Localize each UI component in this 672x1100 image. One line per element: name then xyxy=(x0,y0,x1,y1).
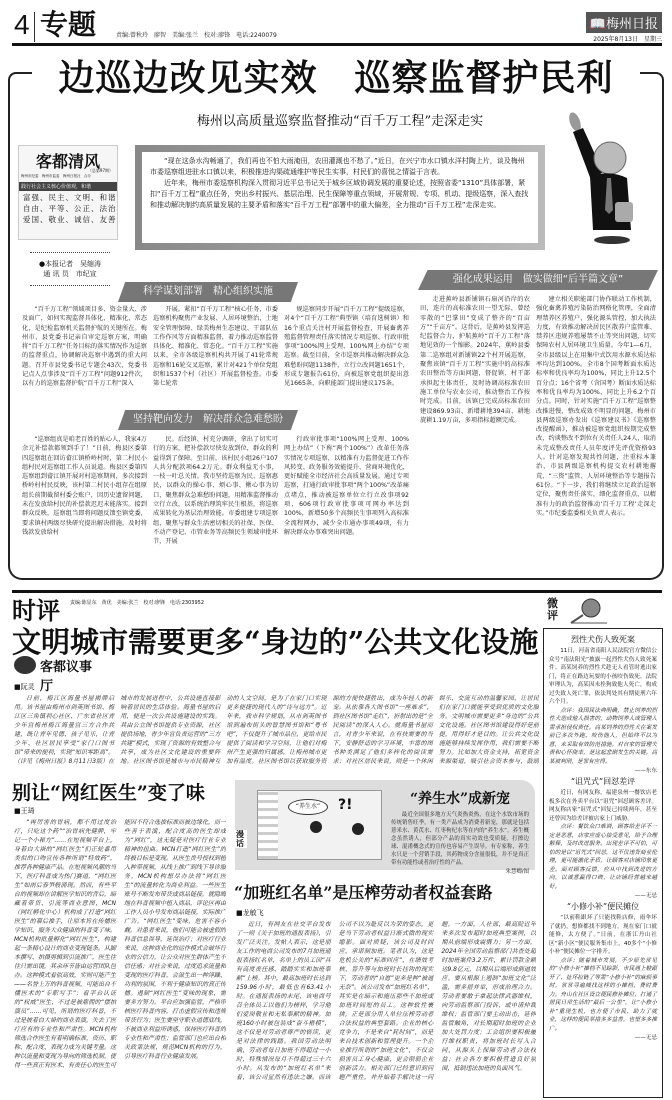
article-author: ■王琦 xyxy=(14,806,35,816)
section-banner-results: 强化成果运用 做实做细“后半篇文章” xyxy=(418,270,658,290)
micro-comment-label: 微评 xyxy=(547,598,559,622)
article-body-overtime: 近日，有网友在社交平台发布了一则《关于加班的通报表扬》，引发广泛关注。发帖人表示… xyxy=(236,920,536,1095)
cartoon-illustration: “养生水” ?! xyxy=(257,790,382,860)
column-logo-emblem-icon xyxy=(14,656,36,674)
shelf-graphic xyxy=(258,791,278,859)
cartoon-text: 最近全国很多地方天气炎热炎热，在这个水饮市场的传统销售旺季，有一类产品成为消费者… xyxy=(391,811,529,867)
magnifier-icon xyxy=(567,598,607,624)
article-column: “百千万工程”领域项目多、资金量大、涉及面广，如何实现监督具体化、精准化、常态化… xyxy=(22,305,147,425)
core-values: 富强、民主、文明、和谐 自由、平等、公正、法治 爱国、敬业、诚信、友善 xyxy=(23,192,117,225)
lead-paragraph: “现在这条水沟畅通了，我们再也不怕大雨淹田，农田灌溉也不愁了。”近日，在兴宁市水… xyxy=(150,156,530,178)
cartoon-credit: 朱慧卿/图 xyxy=(391,867,529,875)
question-exclaim-icon: ?! xyxy=(338,797,353,813)
businessman-figure-icon xyxy=(565,110,645,250)
section-banner-planning: 科学谋划部署 精心组织实施 xyxy=(118,282,298,302)
article-headline-internet-doctor: 别让“网红医生”变了味 xyxy=(12,778,205,805)
speech-bubble: “养生水” xyxy=(288,799,328,815)
article-column: 走进蕉岭县新铺镇石扇河沿岸的农田，连片的高标准农田一望无际，曾经零散的“巴掌田”… xyxy=(420,295,530,575)
article-author: ■龙敏飞 xyxy=(236,908,264,918)
page-header: 4 专题 责编:曾秋玲 廖智 美编:张兰 校对:廖锋 电话:2240079 📖梅… xyxy=(12,8,662,46)
main-article-body: 日前，梅江区海量书屋揭牌启用。该书屋由梅州市剑英图书馆、梅江区三角镇利心社区、广… xyxy=(14,694,539,769)
column-logo-kedu-qingfeng: 客都清风 （总第97期） 梅州市纪委 梅州市监委 梅州日报社 合办 践行社会主义… xyxy=(18,145,118,240)
cartoon-caption: “养生水”成新宠 最近全国很多地方天气炎热炎热，在这个水饮市场的传统销售旺季，有… xyxy=(391,788,529,875)
micro-comment-item: 烈性犬伤人致死案 11日，河南省南阳人民法院官方微信公众号“南法阳光”披露一起烈… xyxy=(549,634,657,774)
article-headline-overtime: “加班红名单”是压榨劳动者权益套路 xyxy=(234,880,492,903)
micro-comment-title: “小修小补”便民摊位 xyxy=(549,901,657,912)
logo-book-icon: 📖 xyxy=(590,17,606,32)
person-head-icon xyxy=(352,823,364,835)
section-title: 专题 xyxy=(40,10,96,40)
article-column: 民。后经镇、村充分调研，拿出了切实可行的方案，把补偿款尽快发放到位，群众的利益得… xyxy=(153,435,278,575)
feature-byline: ●本报记者 吴缩涛 通 讯 员 市纪宣 xyxy=(30,252,110,286)
article-body-internet-doctor: “再厉害的胃病，都不用过度治疗，只吃这个药”“治胃病先健脾，牢记一个小秘方”……… xyxy=(14,818,226,1098)
article-column: 规巡察同步开展“百千万工程”提级巡察，对4个“百千万工程”典型镇（培育选树镇）和… xyxy=(284,305,409,425)
newspaper-logo: 📖梅州日报 xyxy=(586,12,662,33)
micro-comment-item: “小修小补”便民摊位 “以前鞋跟坏了只能找鞋店修，雨伞坏了就扔，想修都找不到地方… xyxy=(549,901,657,1041)
column-logo-issue: （总第97期） xyxy=(88,168,113,174)
cartoon-box: 漫话 “养生水” ?! “养生水”成新宠 最近全国很多地方天气炎热炎热，在这个水… xyxy=(235,780,535,870)
column-logo-orgs: 梅州市纪委 梅州市监委 梅州日报社 合办 xyxy=(21,174,91,179)
column-logo-kedu-yishiting: 客都议事厅 xyxy=(14,654,104,676)
issue-date: 2025年8月13日 星期三 xyxy=(593,34,662,43)
lead-paragraph: 近年来，梅州市委巡察机构深入贯彻习近平总书记关于城乡区域协调发展的重要论述，按照… xyxy=(150,178,530,211)
article-column: 开展。紧扣“百千万工程”核心任务，市委巡察机构聚焦产业发展、人居环境整治、土地安… xyxy=(153,305,278,425)
header-divider xyxy=(34,12,35,42)
micro-comment-header: 微评 xyxy=(545,598,665,626)
micro-comment-item: “诅咒式”回怼差评 近日，有网友称，福建泉州一餐饮店老板多次在外卖平台以“诅咒”… xyxy=(549,776,657,899)
article-column: “巡察组真是咱老百姓的贴心人，我家4万余元补偿款都领到手了！”日前，梅县区委第四… xyxy=(22,435,147,575)
cartoon-title: “养生水”成新宠 xyxy=(391,788,529,808)
column-logo-band: 践行社会主义核心价值观，和谐 xyxy=(19,182,117,191)
article-column: 行政审批事项“100%网上受理、100%网上办结”（下称“两个100%”）改革任… xyxy=(284,435,409,575)
lead-box: “现在这条水沟畅通了，我们再也不怕大雨淹田，农田灌溉也不愁了。”近日，在兴宁市水… xyxy=(135,145,545,250)
page-number: 4 xyxy=(14,10,30,40)
micro-comment-title: “诅咒式”回怼差评 xyxy=(549,776,657,787)
editor-info: 责编:曾秋玲 廖智 美编:张兰 校对:廖锋 电话:2240079 xyxy=(116,30,277,39)
person-head-icon xyxy=(310,821,322,833)
cartoon-tag: 漫话 xyxy=(233,830,247,848)
main-article-author: ■阮灵 xyxy=(14,682,35,692)
article-column: 建立相关职能部门协作联动工作机制，强化畜禽养殖污染防治网格化管理，全面清理禁养区… xyxy=(536,295,656,575)
micro-comment-sidebar: 烈性犬伤人致死案 11日，河南省南阳人民法院官方微信公众号“南法阳光”披露一起烈… xyxy=(543,628,663,1098)
section-banner-targeted: 坚持靶向发力 解决群众急难愁盼 xyxy=(118,410,298,430)
commentary-editor-info: 责编:陈显东 黄优 美编:张兰 校对:廖锋 电话:2303952 xyxy=(70,599,204,606)
micro-comment-title: 烈性犬伤人致死案 xyxy=(549,634,657,645)
feature-subheadline: 梅州以高质量巡察监督推动“百千万工程”走深走实 xyxy=(150,110,530,129)
